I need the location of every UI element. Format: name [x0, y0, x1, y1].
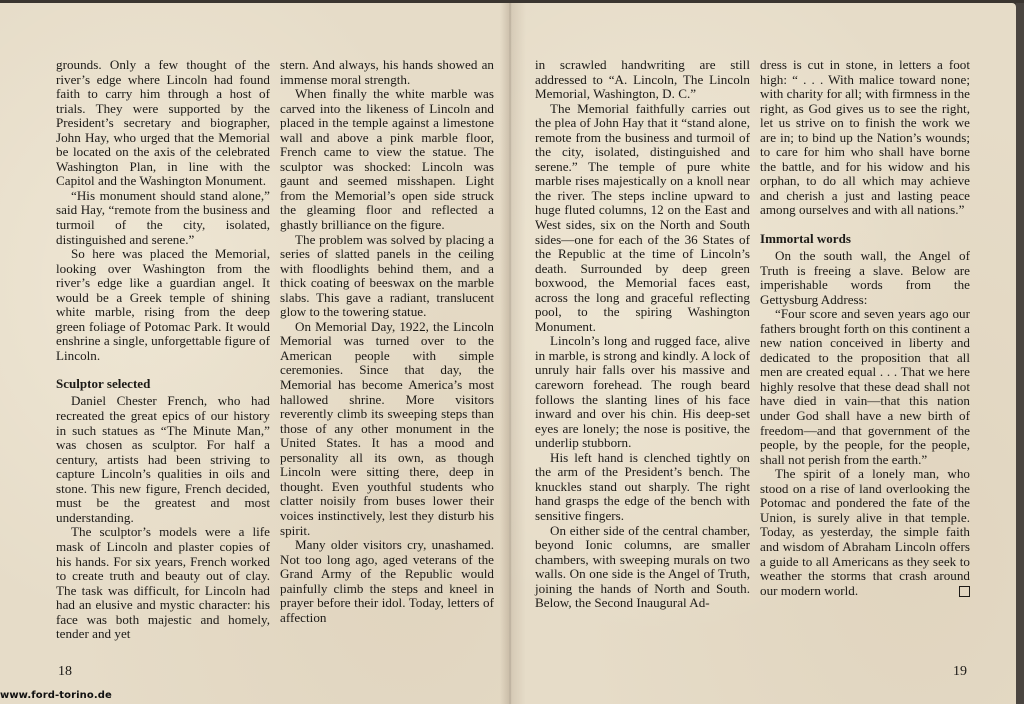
paragraph: Many older visitors cry, unashamed. Not …	[280, 538, 494, 625]
paragraph: The spirit of a lonely man, who stood on…	[760, 467, 970, 598]
paragraph: The Memorial faithfully carries out the …	[535, 102, 750, 335]
paragraph: in scrawled handwriting are still addres…	[535, 58, 750, 102]
paragraph: dress is cut in stone, in letters a foot…	[760, 58, 970, 218]
paragraph: When finally the white marble was carved…	[280, 87, 494, 232]
magazine-spread: grounds. Only a few thought of the river…	[0, 0, 1024, 704]
watermark: www.ford-torino.de	[0, 690, 112, 701]
paragraph: The sculptor’s models were a life mask o…	[56, 525, 270, 641]
column-3: in scrawled handwriting are still addres…	[535, 58, 750, 611]
paragraph: On Memorial Day, 1922, the Lincoln Memor…	[280, 320, 494, 538]
paragraph-text: The spirit of a lonely man, who stood on…	[760, 466, 970, 597]
page-number-left: 18	[58, 664, 72, 680]
column-1: grounds. Only a few thought of the river…	[56, 58, 270, 642]
page-number-right: 19	[953, 664, 967, 680]
paragraph: His left hand is clenched tightly on the…	[535, 451, 750, 524]
paragraph: stern. And always, his hands showed an i…	[280, 58, 494, 87]
column-2: stern. And always, his hands showed an i…	[280, 58, 494, 625]
paragraph: grounds. Only a few thought of the river…	[56, 58, 270, 189]
section-heading: Sculptor selected	[56, 376, 270, 391]
paragraph: On the south wall, the Angel of Truth is…	[760, 249, 970, 307]
page-edge	[1016, 3, 1024, 704]
end-of-article-square-icon	[959, 586, 970, 597]
paragraph: “Four score and seven years ago our fath…	[760, 307, 970, 467]
paragraph: Lincoln’s long and rugged face, alive in…	[535, 334, 750, 450]
section-heading: Immortal words	[760, 231, 970, 246]
paragraph: The problem was solved by placing a seri…	[280, 233, 494, 320]
paragraph: Daniel Chester French, who had recreated…	[56, 394, 270, 525]
paragraph: “His monument should stand alone,” said …	[56, 189, 270, 247]
paragraph: So here was placed the Memorial, looking…	[56, 247, 270, 363]
column-4: dress is cut in stone, in letters a foot…	[760, 58, 970, 598]
paragraph: On either side of the central chamber, b…	[535, 524, 750, 611]
